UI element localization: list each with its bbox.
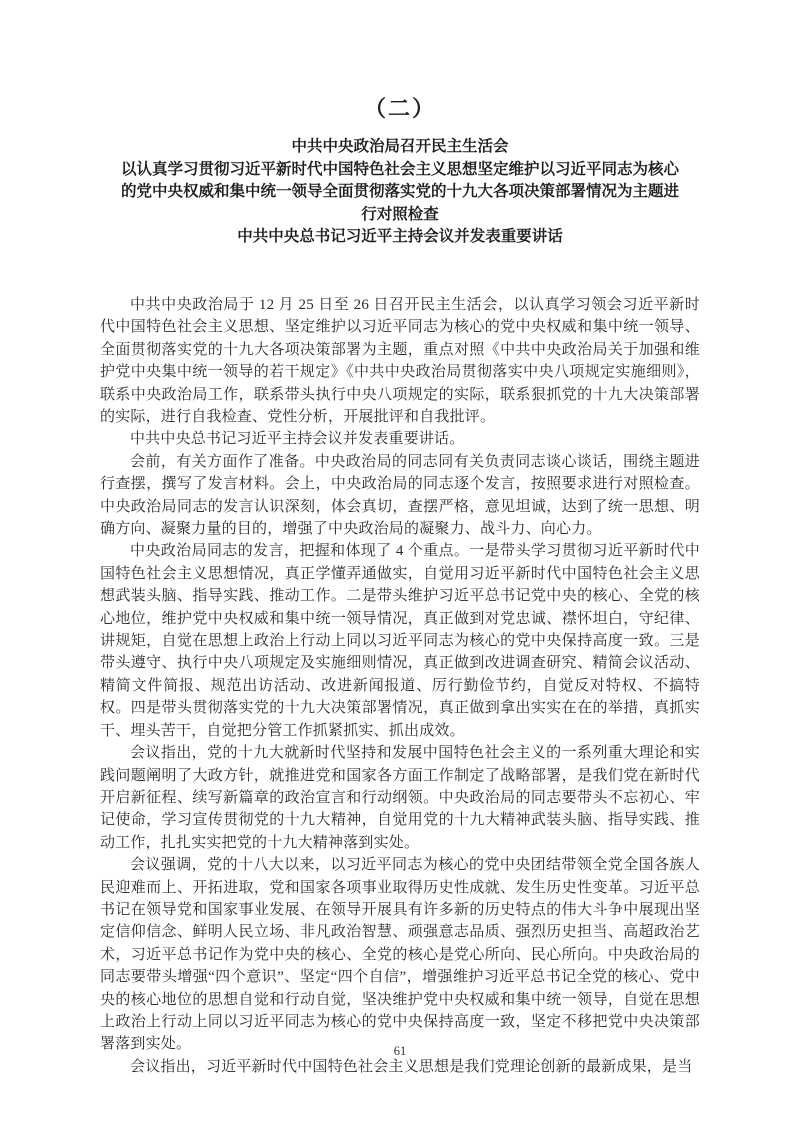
document-body: 中共中央政治局于 12 月 25 日至 26 日召开民主生活会，以认真学习领会习… — [100, 294, 700, 1078]
title-line-meeting: 中共中央政治局召开民主生活会 — [119, 136, 681, 159]
paragraph: 会议指出，党的十九大就新时代坚持和发展中国特色社会主义的一系列重大理论和实践问题… — [100, 742, 700, 854]
paragraph: 会前，有关方面作了准备。中央政治局的同志同有关负责同志谈心谈话，围绕主题进行查摆… — [100, 451, 700, 541]
page-number: 61 — [0, 1044, 800, 1059]
paragraph: 中共中央总书记习近平主持会议并发表重要讲话。 — [100, 428, 700, 450]
paragraph: 中共中央政治局于 12 月 25 日至 26 日召开民主生活会，以认真学习领会习… — [100, 294, 700, 428]
paragraph: 会议指出，习近平新时代中国特色社会主义思想是我们党理论创新的最新成果，是当 — [100, 1056, 700, 1078]
section-number: （二） — [100, 92, 700, 123]
paragraph: 中央政治局同志的发言，把握和体现了 4 个重点。一是带头学习贯彻习近平新时代中国… — [100, 540, 700, 742]
title-line-speaker: 中共中央总书记习近平主持会议并发表重要讲话 — [119, 226, 681, 249]
document-title-block: 中共中央政治局召开民主生活会 以认真学习贯彻习近平新时代中国特色社会主义思想坚定… — [100, 136, 700, 249]
title-line-theme: 以认真学习贯彻习近平新时代中国特色社会主义思想坚定维护以习近平同志为核心的党中央… — [119, 159, 681, 227]
paragraph: 会议强调，党的十八大以来，以习近平同志为核心的党中央团结带领全党全国各族人民迎难… — [100, 854, 700, 1056]
document-page: （二） 中共中央政治局召开民主生活会 以认真学习贯彻习近平新时代中国特色社会主义… — [0, 0, 800, 1133]
